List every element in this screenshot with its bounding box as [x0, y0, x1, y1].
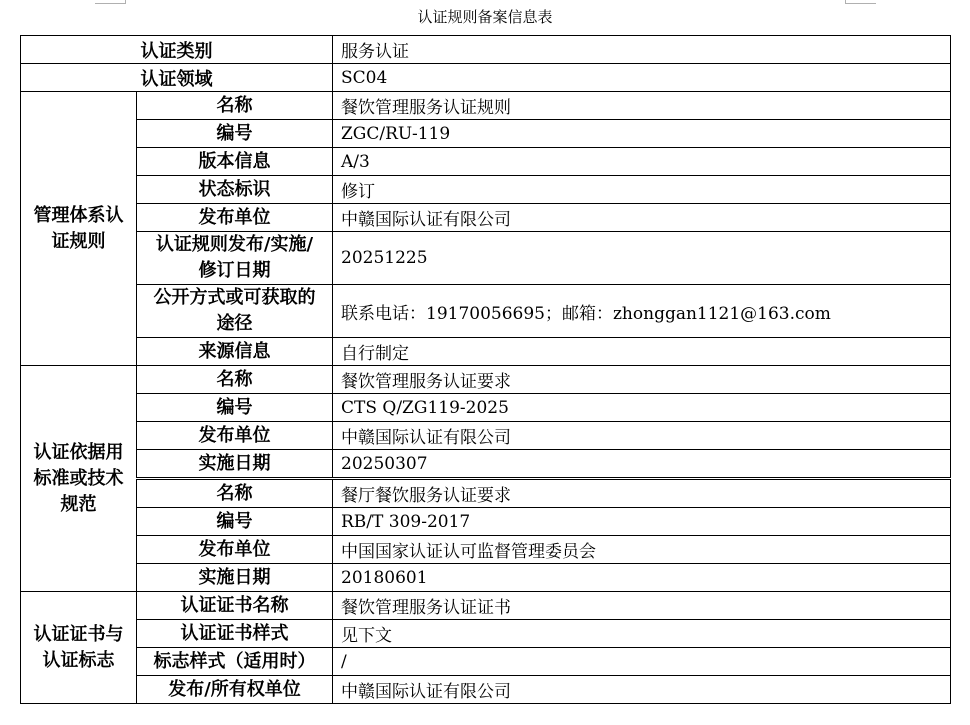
field-value: 联系电话：19170056695；邮箱：zhonggan1121@163.com: [333, 285, 951, 338]
table-row: 认证依据用标准或技术规范 名称 餐饮管理服务认证要求: [21, 366, 951, 394]
field-label: 认证证书名称: [137, 592, 333, 620]
field-value: 修订: [333, 176, 951, 204]
field-label: 编号: [137, 120, 333, 148]
group-label-text: 认证证书与认证标志: [34, 622, 124, 674]
group-label-standards: 认证依据用标准或技术规范: [21, 366, 137, 592]
field-label: 发布单位: [137, 204, 333, 232]
field-label: 标志样式（适用时）: [137, 648, 333, 676]
field-value: ZGC/RU-119: [333, 120, 951, 148]
field-value: 中赣国际认证有限公司: [333, 204, 951, 232]
field-label: 认证证书样式: [137, 620, 333, 648]
table-row: 编号 CTS Q/ZG119-2025: [21, 394, 951, 422]
field-value: 20250307: [333, 450, 951, 479]
table-row: 标志样式（适用时） /: [21, 648, 951, 676]
field-label: 实施日期: [137, 564, 333, 592]
filing-info-table: 认证类别 服务认证 认证领域 SC04 管理体系认证规则 名称 餐饮管理服务认证…: [20, 35, 951, 704]
table-row: 管理体系认证规则 名称 餐饮管理服务认证规则: [21, 92, 951, 120]
table-row: 来源信息 自行制定: [21, 338, 951, 366]
field-label: 版本信息: [137, 148, 333, 176]
field-label: 来源信息: [137, 338, 333, 366]
field-label: 认证类别: [21, 36, 333, 64]
field-label: 名称: [137, 366, 333, 394]
field-value: A/3: [333, 148, 951, 176]
field-label: 发布单位: [137, 422, 333, 450]
document-title: 认证规则备案信息表: [0, 6, 970, 27]
table-row: 实施日期 20180601: [21, 564, 951, 592]
table-row: 公开方式或可获取的途径 联系电话：19170056695；邮箱：zhonggan…: [21, 285, 951, 338]
field-value: SC04: [333, 64, 951, 92]
field-label: 编号: [137, 394, 333, 422]
group-label-text: 管理体系认证规则: [34, 203, 124, 255]
field-value: 餐厅餐饮服务认证要求: [333, 479, 951, 508]
field-value: 餐饮管理服务认证规则: [333, 92, 951, 120]
group-label-text: 认证依据用标准或技术规范: [34, 440, 124, 518]
field-label: 发布单位: [137, 536, 333, 564]
group-label-rules: 管理体系认证规则: [21, 92, 137, 366]
field-label: 编号: [137, 508, 333, 536]
field-label: 认证规则发布/实施/修订日期: [137, 232, 333, 285]
field-label-text: 公开方式或可获取的途径: [150, 285, 320, 337]
field-label: 名称: [137, 92, 333, 120]
table-row: 实施日期 20250307: [21, 450, 951, 479]
field-label: 公开方式或可获取的途径: [137, 285, 333, 338]
field-label: 名称: [137, 479, 333, 508]
table-row: 版本信息 A/3: [21, 148, 951, 176]
field-value: 见下文: [333, 620, 951, 648]
page-corner-mark-right: [845, 0, 876, 4]
table-row: 发布单位 中赣国际认证有限公司: [21, 422, 951, 450]
field-label-text: 认证规则发布/实施/修订日期: [150, 232, 320, 284]
field-label: 认证领域: [21, 64, 333, 92]
table-row: 发布单位 中国国家认证认可监督管理委员会: [21, 536, 951, 564]
field-label: 发布/所有权单位: [137, 676, 333, 704]
table-row: 发布单位 中赣国际认证有限公司: [21, 204, 951, 232]
field-value: 餐饮管理服务认证证书: [333, 592, 951, 620]
field-label: 状态标识: [137, 176, 333, 204]
field-label: 实施日期: [137, 450, 333, 479]
field-value: 20180601: [333, 564, 951, 592]
table-row: 认证规则发布/实施/修订日期 20251225: [21, 232, 951, 285]
field-value: 中国国家认证认可监督管理委员会: [333, 536, 951, 564]
field-value: 中赣国际认证有限公司: [333, 422, 951, 450]
table-row: 编号 RB/T 309-2017: [21, 508, 951, 536]
table-row: 认证领域 SC04: [21, 64, 951, 92]
table-row: 发布/所有权单位 中赣国际认证有限公司: [21, 676, 951, 704]
field-value: /: [333, 648, 951, 676]
field-value: 餐饮管理服务认证要求: [333, 366, 951, 394]
field-value: CTS Q/ZG119-2025: [333, 394, 951, 422]
table-row: 编号 ZGC/RU-119: [21, 120, 951, 148]
table-row: 认证证书与认证标志 认证证书名称 餐饮管理服务认证证书: [21, 592, 951, 620]
page-corner-mark-left: [95, 0, 126, 4]
field-value: 20251225: [333, 232, 951, 285]
field-value: 服务认证: [333, 36, 951, 64]
table-row: 名称 餐厅餐饮服务认证要求: [21, 479, 951, 508]
group-label-certificate: 认证证书与认证标志: [21, 592, 137, 704]
field-value: RB/T 309-2017: [333, 508, 951, 536]
field-value: 自行制定: [333, 338, 951, 366]
field-value: 中赣国际认证有限公司: [333, 676, 951, 704]
table-row: 状态标识 修订: [21, 176, 951, 204]
table-row: 认证证书样式 见下文: [21, 620, 951, 648]
table-row: 认证类别 服务认证: [21, 36, 951, 64]
